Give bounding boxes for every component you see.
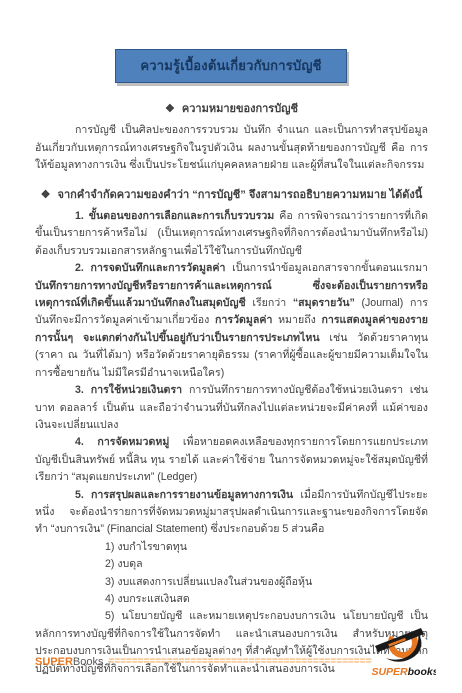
paragraph-text: การบัญชี เป็นศิลปะของการรวบรวม บันทึก จำ… [35,124,428,171]
paragraph-text: หมายถึง [272,314,321,326]
paragraph-bold-text: 3. การใช้หน่วยเงินตรา [75,384,182,396]
paragraph: 1. ขั้นตอนของการเลือกและการเก็บรวบรวม คื… [35,208,428,260]
footer-divider-dashes: ========================================… [103,656,372,679]
paragraph: การบัญชี เป็นศิลปะของการรวบรวม บันทึก จำ… [35,122,428,174]
footer-brand-books: Books [73,656,104,668]
list-item: 1) งบกำไรขาดทุน [35,539,428,556]
document-content: ❖ความหมายของการบัญชีการบัญชี เป็นศิลปะขอ… [0,101,462,678]
svg-text:SUPERbooks: SUPERbooks [372,666,436,678]
page-footer: SUPERBooks =============================… [35,625,436,679]
list-item: 3) งบแสดงการเปลี่ยนแปลงในส่วนของผู้ถือหุ… [35,574,428,591]
section-heading-text: ความหมายของการบัญชี [182,103,298,115]
paragraph-text: เรียกว่า [246,297,293,309]
diamond-bullet-icon: ❖ [165,103,175,115]
paragraph: 4. การจัดหมวดหมู่ เพื่อหายอดคงเหลือของทุ… [35,434,428,486]
paragraph-bold-text: 4. การจัดหมวดหมู่ [75,436,169,448]
paragraph-bold-text: 2. การจดบันทึกและการวัดมูลค่า [75,262,225,274]
superbooks-logo-icon: SUPERbooks [372,625,436,679]
paragraph-bold-text: 5. การสรุปผลและการรายงานข้อมูลทางการเงิน [75,489,293,501]
paragraph-bold-text: การวัดมูลค่า [215,314,272,326]
section-heading-text: จากคำจำกัดความของคำว่า “การบัญชี” จึงสาม… [58,189,423,201]
logo-text-super: SUPER [372,666,408,678]
page-title-banner: ความรู้เบื้องต้นเกี่ยวกับการบัญชี [115,49,346,83]
banner-container: ความรู้เบื้องต้นเกี่ยวกับการบัญชี [0,0,462,83]
list-item: 2) งบดุล [35,556,428,573]
section-heading: ❖ความหมายของการบัญชี [35,101,428,118]
logo-text-books: books [408,666,436,678]
paragraph-text: เป็นการนำข้อมูลเอกสารจากขั้นตอนแรกมา [225,262,428,274]
paragraph: 2. การจดบันทึกและการวัดมูลค่า เป็นการนำข… [35,260,428,382]
paragraph: 5. การสรุปผลและการรายงานข้อมูลทางการเงิน… [35,487,428,539]
document-page: ความรู้เบื้องต้นเกี่ยวกับการบัญชี ❖ความห… [0,0,462,693]
paragraph-bold-text: 1. ขั้นตอนของการเลือกและการเก็บรวบรวม [75,210,274,222]
footer-brand: SUPERBooks [35,656,103,679]
paragraph: 3. การใช้หน่วยเงินตรา การบันทึกรายการทาง… [35,382,428,434]
diamond-bullet-icon: ❖ [41,189,51,201]
paragraph-bold-text: “สมุดรายวัน” [293,297,355,309]
section-heading: ❖จากคำจำกัดความของคำว่า “การบัญชี” จึงสา… [35,187,428,204]
footer-brand-super: SUPER [35,656,73,668]
list-item: 4) งบกระแสเงินสด [35,591,428,608]
